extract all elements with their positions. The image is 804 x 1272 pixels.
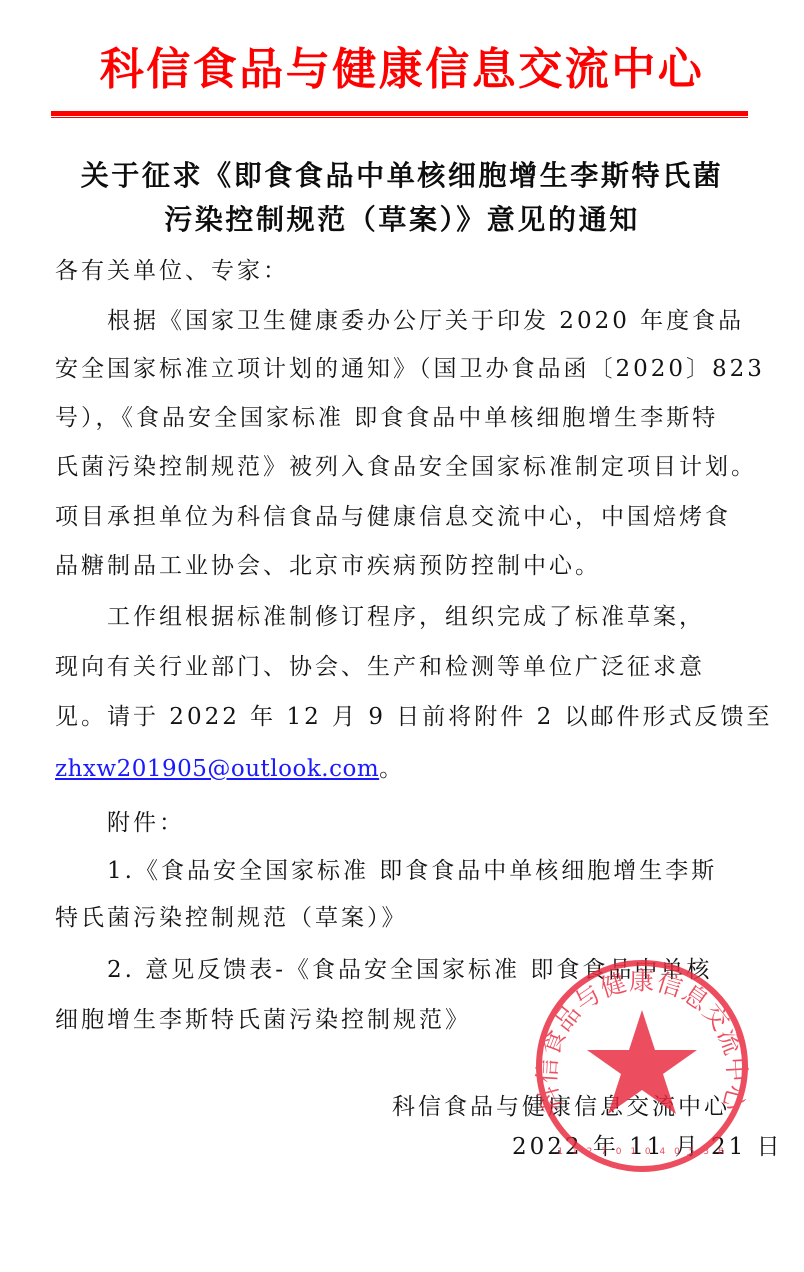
paragraph-1-line: 品糖制品工业协会、北京市疾病预防控制中心。 (55, 551, 601, 581)
attachments-label: 附件： (107, 808, 185, 838)
document-page: 科信食品与健康信息交流中心 关于征求《即食食品中单核细胞增生李斯特氏菌 污染控制… (0, 0, 804, 1272)
signature-date: 2022 年 11 月 21 日 (512, 1132, 783, 1162)
attachment-1-line: 特氏菌污染控制规范（草案）》 (55, 903, 408, 933)
salutation: 各有关单位、专家： (55, 256, 289, 286)
paragraph-1-line: 根据《国家卫生健康委办公厅关于印发 2020 年度食品 (107, 306, 744, 336)
email-link[interactable]: zhxw201905@outlook.com (55, 756, 379, 782)
email-line: zhxw201905@outlook.com。 (55, 754, 405, 784)
paragraph-1-line: 项目承担单位为科信食品与健康信息交流中心，中国焙烤食 (55, 502, 731, 532)
paragraph-1-line: 安全国家标准立项计划的通知》（国卫办食品函〔2020〕823 (55, 354, 765, 384)
paragraph-2-line: 见。请于 2022 年 12 月 9 日前将附件 2 以邮件形式反馈至 (55, 702, 773, 732)
attachment-1-line: 1.《食品安全国家标准 即食食品中单核细胞增生李斯 (107, 856, 717, 886)
attachment-2-line: 2. 意见反馈表-《食品安全国家标准 即食食品中单核 (107, 955, 712, 985)
paragraph-2-line: 工作组根据标准制修订程序，组织完成了标准草案， (107, 602, 705, 632)
org-letterhead-title: 科信食品与健康信息交流中心 (0, 40, 804, 100)
email-suffix: 。 (379, 756, 405, 782)
paragraph-1-line: 号），《食品安全国家标准 即食食品中单核细胞增生李斯特 (55, 403, 718, 433)
notice-title-line-1: 关于征求《即食食品中单核细胞增生李斯特氏菌 (0, 156, 804, 196)
signature-org: 科信食品与健康信息交流中心 (392, 1092, 730, 1122)
paragraph-1-line: 氏菌污染控制规范》被列入食品安全国家标准制定项目计划。 (55, 452, 757, 482)
letterhead-rule-thick (51, 111, 748, 116)
attachment-2-line: 细胞增生李斯特氏菌污染控制规范》 (55, 1005, 471, 1035)
paragraph-2-line: 现向有关行业部门、协会、生产和检测等单位广泛征求意 (55, 652, 705, 682)
notice-title-line-2: 污染控制规范（草案）》意见的通知 (0, 200, 804, 240)
letterhead-rule-thin (51, 117, 748, 118)
